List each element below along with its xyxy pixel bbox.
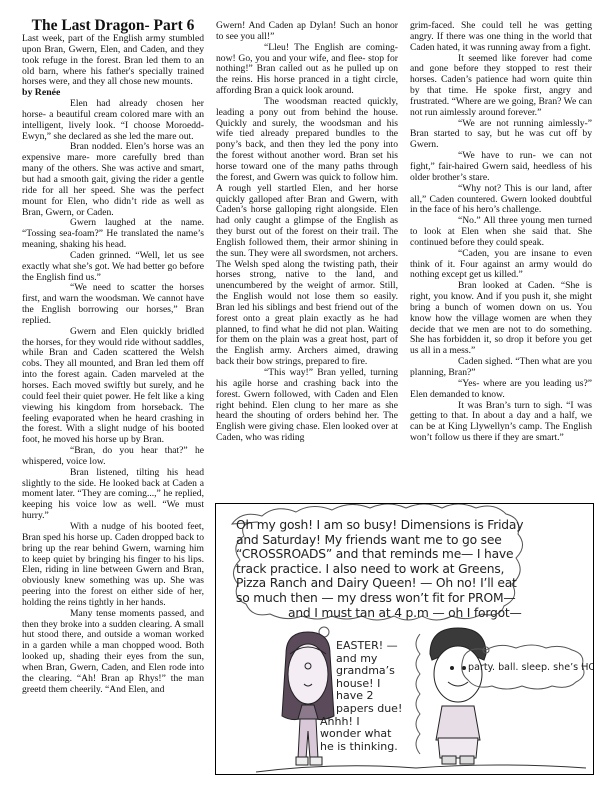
- paragraph: “Why not? This is our land, after all,” …: [410, 184, 592, 217]
- paragraph: “This way!” Bran yelled, turning his agi…: [216, 368, 398, 444]
- article-title: The Last Dragon- Part 6: [22, 18, 204, 34]
- article-column-1: The Last Dragon- Part 6 Last week, part …: [22, 18, 204, 695]
- paragraph: “Lleu! The English are coming- now! Go, …: [216, 43, 398, 97]
- paragraph: With a nudge of his booted feet, Bran sp…: [22, 522, 204, 609]
- thought-line: “CROSSROADS” and that reminds me— I have: [236, 547, 561, 562]
- paragraph: “We are not running aimlessly-” Bran sta…: [410, 119, 592, 152]
- paragraph: “Bran, do you hear that?” he whispered, …: [22, 446, 204, 468]
- paragraph: Caden grinned. “Well, let us see exactly…: [22, 251, 204, 284]
- paragraph: “We need to scatter the horses first, an…: [22, 283, 204, 326]
- thought-line: Pizza Ranch and Dairy Queen! — Oh no! I’…: [236, 576, 561, 591]
- paragraph: Caden sighed. “Then what are you plannin…: [410, 357, 592, 379]
- thought-line: Oh my gosh! I am so busy! Dimensions is …: [236, 518, 561, 533]
- article-summary: Last week, part of the English army stum…: [22, 34, 204, 88]
- boy-thought-bubble: party. ball. sleep. she’s HOT!: [468, 662, 594, 673]
- paragraph: Gwern and Elen quickly bridled the horse…: [22, 327, 204, 446]
- paragraph: “We have to run- we can not fight,” fair…: [410, 151, 592, 184]
- article-column-2: Gwern! And Caden ap Dylan! Such an honor…: [216, 21, 398, 444]
- paragraph: “Caden, you are insane to even think of …: [410, 249, 592, 282]
- thought-line: EASTER! —: [336, 640, 411, 653]
- girl-thought-bubble: Oh my gosh! I am so busy! Dimensions is …: [236, 518, 561, 620]
- paragraph: grim-faced. She could tell he was gettin…: [410, 21, 592, 54]
- paragraph: Elen had already chosen her horse- a bea…: [22, 99, 204, 142]
- girl-side-thought: EASTER! — and my grandma’s house! I have…: [336, 640, 411, 753]
- paragraph: “No.” All three young men turned to look…: [410, 216, 592, 249]
- paragraph: Gwern laughed at the name. “Tossing sea-…: [22, 218, 204, 251]
- paragraph: Bran looked at Caden. “She is right, you…: [410, 281, 592, 357]
- thought-line: grandma’s: [336, 665, 411, 678]
- thought-line: wonder what: [320, 728, 411, 741]
- paragraph: “Yes- where are you leading us?” Elen de…: [410, 379, 592, 401]
- thought-line: he is thinking.: [320, 741, 411, 754]
- thought-line: so much then — my dress won’t fit for PR…: [236, 591, 561, 606]
- thought-line: and Saturday! My friends want me to go s…: [236, 533, 561, 548]
- paragraph: It seemed like forever had come and gone…: [410, 54, 592, 119]
- thought-line: track practice. I also need to work at G…: [236, 562, 561, 577]
- cartoon-illustration: Oh my gosh! I am so busy! Dimensions is …: [215, 503, 594, 775]
- paragraph: Bran nodded. Elen’s horse was an expensi…: [22, 142, 204, 218]
- thought-line: and I must tan at 4 p.m — oh I forgot—: [236, 606, 561, 621]
- paragraph: It was Bran’s turn to sigh. “I was getti…: [410, 401, 592, 444]
- article-column-3: grim-faced. She could tell he was gettin…: [410, 21, 592, 444]
- thought-line: papers due!: [336, 703, 411, 716]
- paragraph: Gwern! And Caden ap Dylan! Such an honor…: [216, 21, 398, 43]
- paragraph: Bran listened, tilting his head slightly…: [22, 468, 204, 522]
- paragraph: Many tense moments passed, and then they…: [22, 609, 204, 696]
- paragraph: The woodsman reacted quickly, leading a …: [216, 97, 398, 368]
